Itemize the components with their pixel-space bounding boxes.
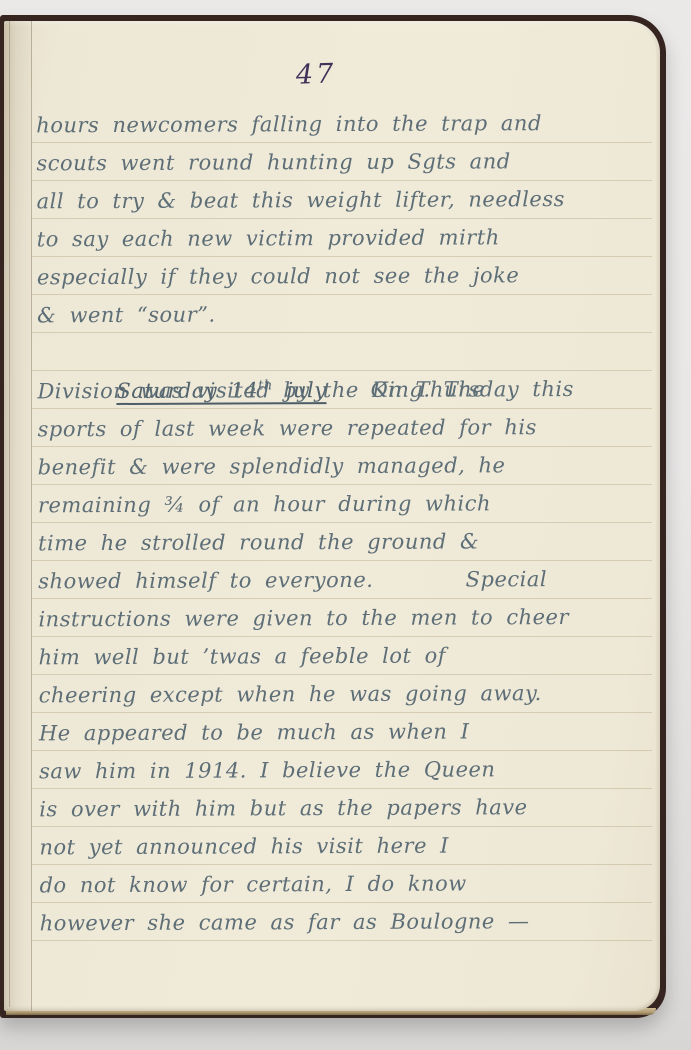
manuscript-line: do not know for certain, I do know [39, 864, 649, 905]
manuscript-line: cheering except when he was going away. [39, 674, 649, 715]
manuscript-line: especially if they could not see the jok… [37, 256, 647, 297]
manuscript-line: instructions were given to the men to ch… [38, 598, 648, 639]
page-number: 47 [295, 58, 336, 90]
manuscript-line: not yet announced his visit here I [39, 826, 649, 867]
manuscript-line: scouts went round hunting up Sgts and [36, 142, 646, 183]
handwritten-text: hours newcomers falling into the trap an… [36, 104, 650, 943]
manuscript-line: however she came as far as Boulogne — [40, 902, 650, 943]
manuscript-line: is over with him but as the papers have [39, 788, 649, 829]
manuscript-line: time he strolled round the ground & [38, 522, 648, 563]
manuscript-line: hours newcomers falling into the trap an… [36, 104, 646, 145]
manuscript-line: remaining ¾ of an hour during which [38, 484, 648, 525]
manuscript-line: & went “sour”. [37, 294, 647, 335]
manuscript-line: sports of last week were repeated for hi… [38, 408, 648, 449]
manuscript-line: all to try & beat this weight lifter, ne… [37, 180, 647, 221]
manuscript-line: saw him in 1914. I believe the Queen [39, 750, 649, 791]
diary-page: 47 hours newcomers falling into the trap… [4, 21, 660, 1011]
manuscript-line: benefit & were splendidly managed, he [38, 446, 648, 487]
manuscript-line: He appeared to be much as when I [39, 712, 649, 753]
gutter-crease-line [9, 21, 10, 1007]
entry-heading-line: Saturday 14th julyOn Thursday this [37, 332, 647, 373]
manuscript-line: him well but ’twas a feeble lot of [39, 636, 649, 677]
manuscript-line: to say each new victim provided mirth [37, 218, 647, 259]
manuscript-line: showed himself to everyone. Special [38, 560, 648, 601]
